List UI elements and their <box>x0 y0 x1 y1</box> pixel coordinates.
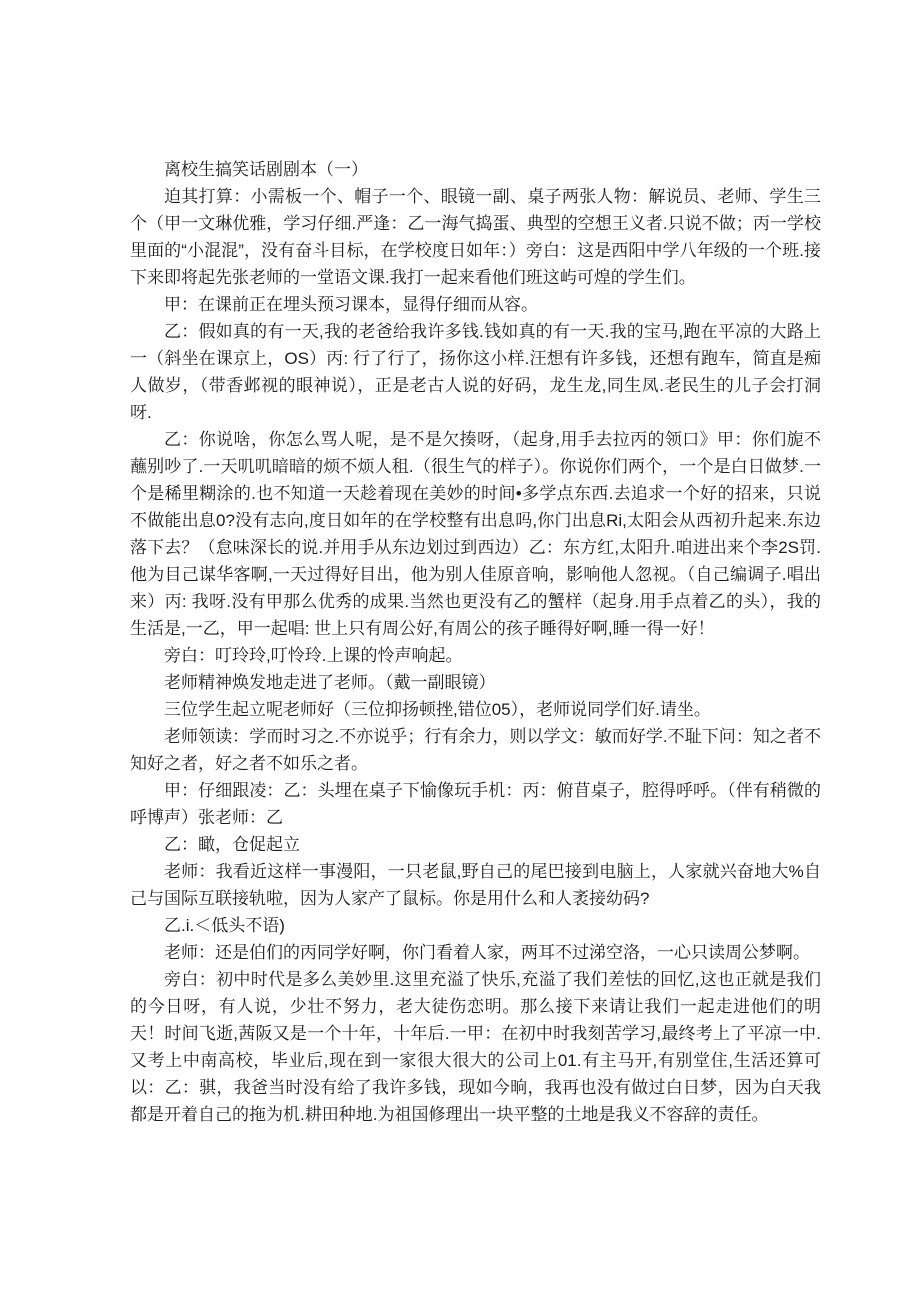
paragraph-yi-daydream: 乙：假如真的有一天,我的老爸给我许多钱.钱如真的有一天.我的宝马,跑在平凉的大路… <box>130 318 821 426</box>
paragraph-yi-standup: 乙：瞰，仓促起立 <box>130 831 821 858</box>
paragraph-narrator-bell: 旁白：叮玲玲,叮怜玲.上课的怜声响起。 <box>130 642 821 669</box>
paragraph-props: 迫其打算：小需板一个、帽子一个、眼镜一副、桌子两张人物：解说员、老师、学生三个（… <box>130 183 821 291</box>
paragraph-yi-silent: 乙.i.＜低头不语) <box>130 912 821 939</box>
paragraph-teacher-bing: 老师：还是伯们的丙同学好啊，你门看着人家，两耳不过涕空洛，一心只读周公梦啊。 <box>130 939 821 966</box>
document-page: 离校生搞笑话剧剧本（一） 迫其打算：小需板一个、帽子一个、眼镜一副、桌子两张人物… <box>130 156 821 1128</box>
paragraph-yi-argument: 乙：你说啥，你怎么骂人呢，是不是欠揍呀，（起身,用手去拉丙的领口》甲：你们旎不蘸… <box>130 426 821 642</box>
paragraph-students-reaction: 甲：仔细跟凌：乙：头埋在桌子下愉像玩手机：丙：俯苜桌子，腔得呼呼。（伴有稍微的呼… <box>130 777 821 831</box>
paragraph-narrator-future: 旁白：初中时代是多么美妙里.这里充溢了快乐,充溢了我们差怯的回忆,这也正就是我们… <box>130 966 821 1128</box>
document-title: 离校生搞笑话剧剧本（一） <box>130 156 821 183</box>
paragraph-students-stand: 三位学生起立呢老师好（三位抑扬顿挫,错位05），老师说同学们好.请坐。 <box>130 696 821 723</box>
paragraph-jia-preview: 甲：在课前正在埋头预习课本，显得仔细而从容。 <box>130 291 821 318</box>
paragraph-teacher-reading: 老师领读：学而时习之.不亦说乎；行有余力，则以学文：敏而好学.不耻下问：知之者不… <box>130 723 821 777</box>
paragraph-teacher-mouse: 老师：我看近这样一事漫阳，一只老鼠,野自己的尾巴接到电脑上，人家就兴奋地大%自己… <box>130 858 821 912</box>
paragraph-teacher-enter: 老师精神焕发地走进了老师。（戴一副眼镜） <box>130 669 821 696</box>
